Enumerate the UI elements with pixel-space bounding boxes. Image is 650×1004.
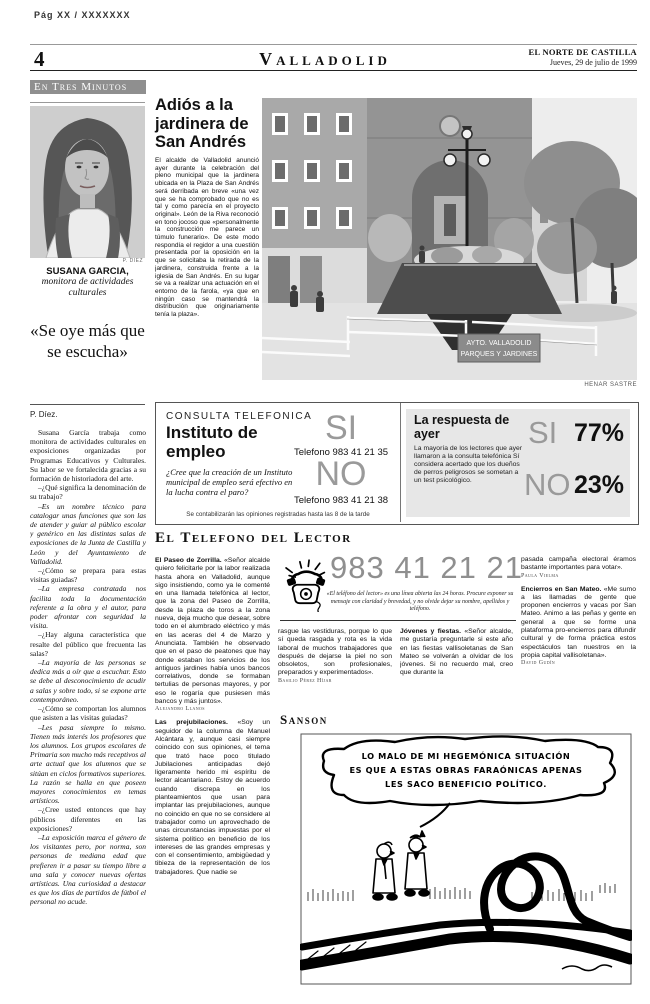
item-signature: Paula Vielma [521, 573, 636, 579]
interview-text: Susana García trabaja como monitora de a… [30, 428, 146, 990]
plaza-sign: AYTO. VALLADOLID PARQUES Y JARDINES [458, 334, 540, 362]
item-text: «Me sumo a las llamadas de gente que pro… [521, 586, 636, 659]
lector-item: Encierros en San Mateo. «Me sumo a las l… [521, 586, 636, 667]
item-lead: Las prejubilaciones. [155, 719, 228, 726]
article-body: El alcalde de Valladolid anunció ayer du… [155, 157, 259, 389]
masthead: EL NORTE DE CASTILLA Jueves, 29 de julio… [529, 47, 637, 67]
respuesta-yes-value: 77% [574, 419, 624, 448]
lector-column-1: El Paseo de Zorrilla. «Señor alcalde qui… [155, 557, 270, 987]
item-lead: El Paseo de Zorrilla. [155, 557, 222, 564]
consulta-box: CONSULTA TELEFONICA Instituto de empleo … [155, 402, 639, 525]
interview-answer: –Es un nombre técnico para catalogar una… [30, 502, 146, 566]
newspaper-page: Pág XX / XXXXXXX 4 Valladolid EL NORTE D… [0, 0, 650, 1004]
item-text: «Soy un seguidor de la columna de Manuel… [155, 719, 270, 875]
folio: Pág XX / XXXXXXX [34, 10, 131, 20]
bubble-text-line2: ES QUE A ESTAS OBRAS FARAÓNICAS APENAS [349, 764, 582, 775]
lector-item: rasgue las vestiduras, porque lo que sí … [278, 628, 392, 684]
item-text: «Señor alcalde quiero felicitarle por la… [155, 557, 270, 705]
interview-question: –¿Hay alguna característica que resalte … [30, 630, 146, 658]
header-rule-top [30, 44, 637, 45]
portrait-photo [30, 106, 145, 258]
lector-phone-note: «El teléfono del lector» es una línea ab… [322, 591, 518, 614]
interview-question: –¿Qué significa la denominación de su tr… [30, 483, 146, 501]
lector-column-3: Jóvenes y fiestas. «Señor alcalde, me gu… [400, 628, 513, 713]
header-rule-bottom [30, 70, 637, 71]
bubble-text-line3: LES SACO BENEFICIO POLÍTICO. [385, 778, 547, 789]
item-signature: Basilio Pérez Híjar [278, 678, 392, 684]
item-signature: Alejandro Llanos [155, 706, 270, 712]
lector-heading: El Telefono del Lector [155, 530, 352, 547]
lector-item: Las prejubilaciones. «Soy un seguidor de… [155, 719, 270, 877]
interview-answer: –La empresa contratada nos facilita toda… [30, 584, 146, 630]
lector-item: El Paseo de Zorrilla. «Señor alcalde qui… [155, 557, 270, 712]
kicker-badge: En Tres Minutos [30, 80, 146, 94]
plaza-photo-credit: HENAR SASTRE [262, 382, 637, 388]
person-name: SUSANA GARCIA, [26, 266, 149, 277]
respuesta-no-value: 23% [574, 471, 624, 500]
lector-item: pasada campaña electoral éramos bastante… [521, 556, 636, 579]
item-text: «Señor alcalde, me gustaría preguntarle … [400, 628, 513, 676]
lector-column-2: rasgue las vestiduras, porque lo que sí … [278, 628, 392, 713]
interview-answer: –La mayoría de las personas se dedica má… [30, 658, 146, 704]
consulta-title: Instituto de empleo [166, 423, 261, 461]
interview-question: –¿Cree usted entonces que hay públicos d… [30, 805, 146, 833]
sidebar-rule [30, 102, 145, 103]
no-label: NO [276, 459, 406, 489]
interview-question: –¿Cómo se prepara para estas visitas gui… [30, 566, 146, 584]
respuesta-title: La respuesta de ayer [414, 414, 524, 441]
lector-phone-number: 983 41 21 21 [330, 550, 522, 586]
consulta-question: ¿Cree que la creación de un Instituto mu… [166, 467, 294, 497]
paper-name: EL NORTE DE CASTILLA [529, 47, 637, 57]
interview-answer: –Les pasa siempre lo mismo. Tienen más i… [30, 723, 146, 806]
sign-text-line1: AYTO. VALLADOLID [467, 340, 532, 347]
paper-date: Jueves, 29 de julio de 1999 [529, 58, 637, 67]
respuesta-panel: La respuesta de ayer La mayoría de los l… [406, 409, 630, 517]
interview-paragraph: Susana García trabaja como monitora de a… [30, 428, 146, 483]
byline: P. Díez. [30, 410, 57, 419]
consulta-divider [400, 403, 401, 522]
phone-rule [280, 620, 516, 621]
lector-column-4: pasada campaña electoral éramos bastante… [521, 556, 636, 736]
plaza-photo: AYTO. VALLADOLID PARQUES Y JARDINES [262, 98, 637, 380]
item-text: rasgue las vestiduras, porque lo que sí … [278, 628, 392, 676]
article-headline: Adiós a la jardinera de San Andrés [155, 96, 261, 152]
item-lead: Encierros en San Mateo. [521, 586, 601, 593]
byline-rule [30, 404, 145, 405]
sanson-heading: Sanson [280, 712, 328, 728]
respuesta-yes-label: SI [528, 415, 557, 451]
no-phone: Telefono 983 41 21 38 [266, 495, 416, 506]
sign-text-line2: PARQUES Y JARDINES [461, 351, 538, 358]
interview-question: –¿Cómo se comportan los alumnos que asis… [30, 704, 146, 722]
person-role: monitora de actividades culturales [26, 277, 149, 299]
pull-quote: «Se oye más que se escucha» [22, 320, 153, 362]
item-lead: Jóvenes y fiestas. [400, 628, 461, 635]
interview-answer: –La exposición marca el género de los vi… [30, 833, 146, 907]
sanson-cartoon: LO MALO DE MI HEGEMÓNICA SITUACIÓN ES QU… [300, 733, 632, 985]
item-signature: David Gudín [521, 660, 636, 666]
bubble-text-line1: LO MALO DE MI HEGEMÓNICA SITUACIÓN [362, 750, 571, 761]
lector-item: Jóvenes y fiestas. «Señor alcalde, me gu… [400, 628, 513, 678]
respuesta-no-label: NO [524, 467, 571, 503]
consulta-footer: Se contabilizarán las opiniones registra… [156, 511, 400, 518]
portrait-credit: P. DIEZ [30, 258, 143, 264]
respuesta-text: La mayoría de los lectores que ayer llam… [414, 445, 526, 485]
item-text: pasada campaña electoral éramos bastante… [521, 556, 636, 571]
yes-label: SI [276, 413, 406, 443]
